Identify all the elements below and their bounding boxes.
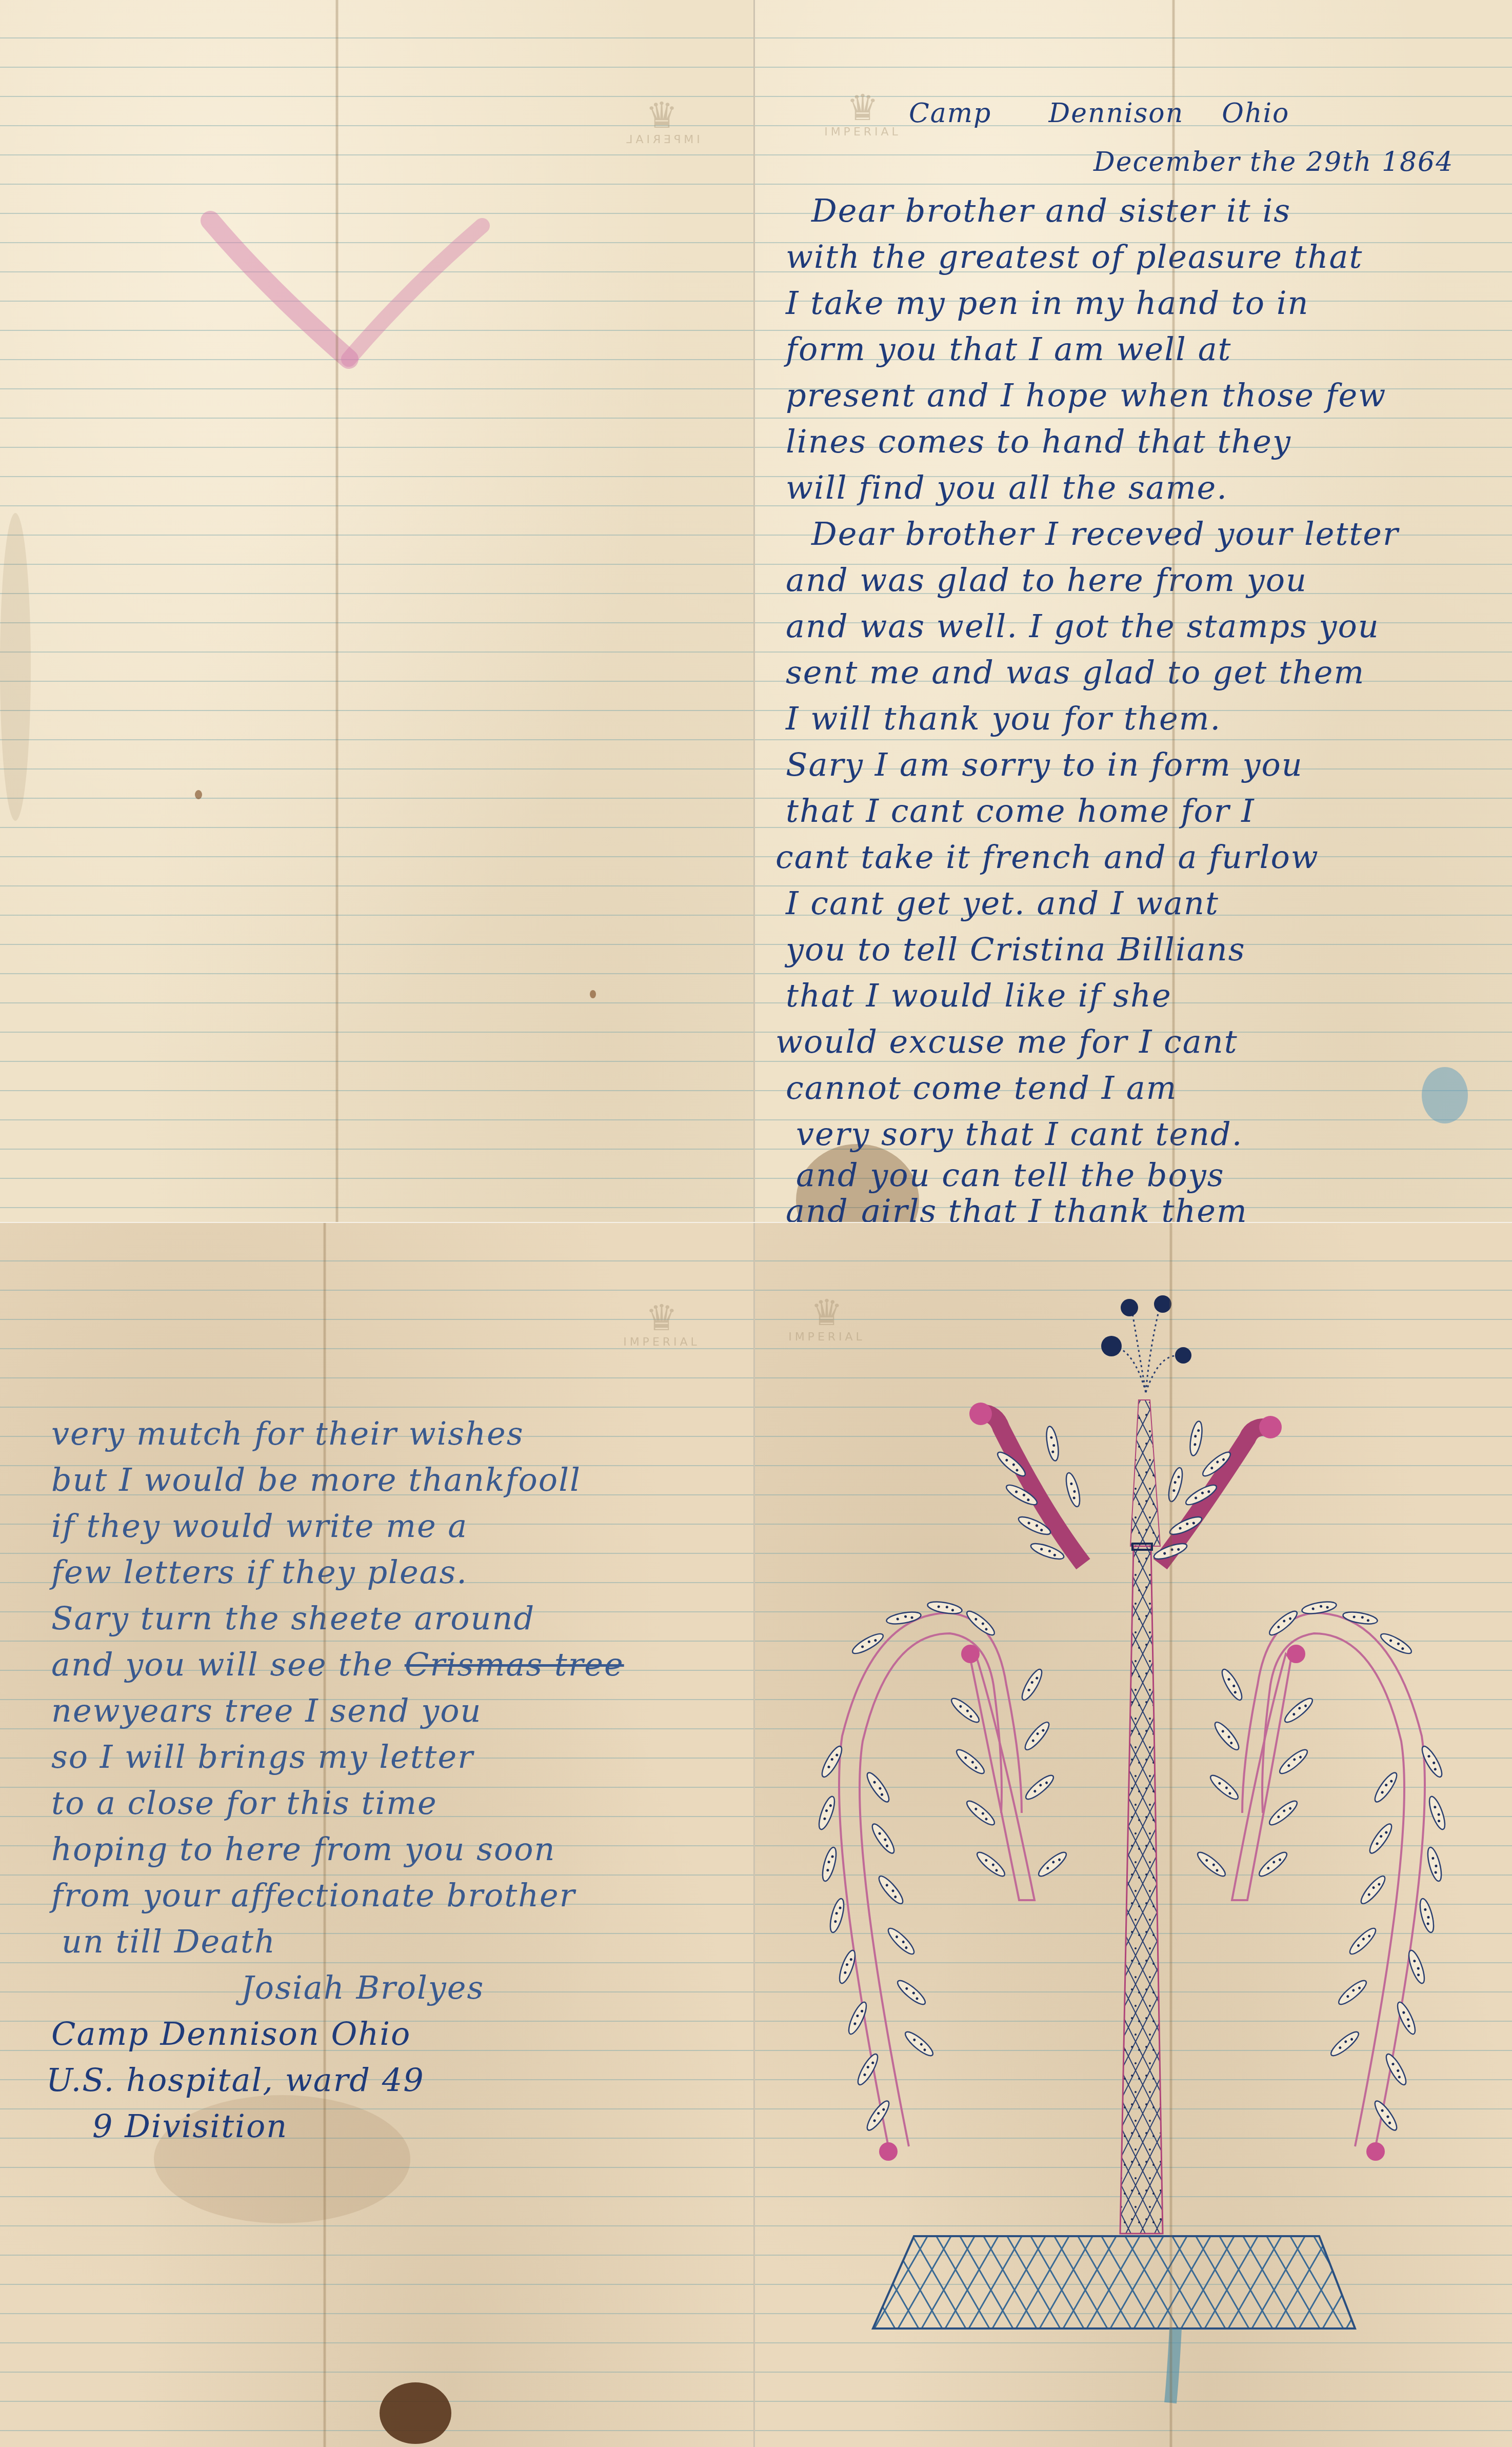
blank-back-page: ♛ IMPERIAL bbox=[0, 0, 754, 1223]
imperial-watermark: ♛ IMPERIAL bbox=[605, 1300, 718, 1349]
text-line: hoping to here from you soon bbox=[51, 1833, 556, 1865]
text-line: if they would write me a bbox=[51, 1510, 468, 1542]
text-line: present and I hope when those few bbox=[786, 380, 1386, 411]
text-line: Sary I am sorry to in form you bbox=[786, 749, 1303, 781]
text-line: but I would be more thankfooll bbox=[51, 1464, 581, 1496]
tree-base bbox=[873, 2236, 1355, 2328]
imperial-watermark: ♛ IMPERIAL bbox=[605, 97, 718, 146]
imperial-watermark: ♛ IMPERIAL bbox=[811, 90, 914, 139]
text-line: and was glad to here from you bbox=[786, 564, 1307, 596]
crown-icon: ♛ bbox=[605, 97, 718, 133]
heading-camp: Camp bbox=[909, 98, 991, 129]
signature-hospital: U.S. hospital, ward 49 bbox=[46, 2064, 425, 2096]
text-segment: and you will see the bbox=[51, 1646, 393, 1683]
text-line: that I cant come home for I bbox=[786, 795, 1255, 827]
text-line: sent me and was glad to get them bbox=[786, 657, 1365, 688]
page-fold bbox=[1172, 0, 1175, 1223]
page-fold bbox=[335, 0, 339, 1223]
page-fold bbox=[323, 1223, 326, 2447]
signature-camp: Camp Dennison Ohio bbox=[51, 2018, 411, 2050]
text-line: form you that I am well at bbox=[786, 333, 1232, 365]
text-line: would excuse me for I cant bbox=[775, 1026, 1238, 1058]
text-line: so I will brings my letter bbox=[51, 1741, 474, 1773]
crown-icon: ♛ bbox=[811, 90, 914, 126]
page-fold bbox=[1169, 1223, 1172, 2447]
text-line: and you can tell the boys bbox=[796, 1159, 1225, 1191]
text-line: and was well. I got the stamps you bbox=[786, 610, 1380, 642]
text-line: very mutch for their wishes bbox=[51, 1418, 524, 1450]
text-line: very sory that I cant tend. bbox=[796, 1118, 1243, 1150]
pink-v-bleed-through bbox=[0, 0, 754, 1223]
signature-name: Josiah Brolyes bbox=[241, 1972, 484, 2004]
text-line: with the greatest of pleasure that bbox=[786, 241, 1363, 273]
top-scan: ♛ IMPERIAL ♛ IMPERIAL Camp Dennison Ohio… bbox=[0, 0, 1512, 1223]
tree-trunk bbox=[1120, 1546, 1163, 2234]
text-line: to a close for this time bbox=[51, 1787, 437, 1819]
text-line: Dear brother I receved your letter bbox=[811, 518, 1399, 550]
text-line: from your affectionate brother bbox=[51, 1880, 575, 1911]
newyears-tree-drawing bbox=[755, 1223, 1512, 2447]
heading-place: Dennison bbox=[1049, 98, 1184, 129]
bottom-scan: ♛ IMPERIAL very mutch for their wishes b… bbox=[0, 1223, 1512, 2447]
text-line: un till Death bbox=[62, 1926, 276, 1958]
text-line: Dear brother and sister it is bbox=[811, 195, 1291, 227]
text-line: you to tell Cristina Billians bbox=[786, 934, 1246, 965]
letter-heading-place: Camp Dennison Ohio bbox=[909, 97, 1289, 129]
struck-word: Crismas tree bbox=[405, 1646, 624, 1683]
text-line: few letters if they pleas. bbox=[51, 1556, 468, 1588]
text-line: that I would like if she bbox=[786, 980, 1172, 1012]
letter-date: December the 29th 1864 bbox=[1093, 146, 1454, 178]
text-line: lines comes to hand that they bbox=[786, 426, 1291, 458]
text-line: I will thank you for them. bbox=[786, 703, 1221, 735]
text-line: and you will see the Crismas tree bbox=[51, 1649, 624, 1681]
text-line: and girls that I thank them bbox=[786, 1195, 1248, 1223]
dark-stain bbox=[380, 2382, 451, 2444]
signature-division: 9 Divisition bbox=[92, 2110, 288, 2142]
letter-page-1: ♛ IMPERIAL Camp Dennison Ohio December t… bbox=[755, 0, 1512, 1223]
text-line: I cant get yet. and I want bbox=[786, 887, 1219, 919]
text-line: will find you all the same. bbox=[786, 472, 1228, 504]
text-line: I take my pen in my hand to in bbox=[786, 287, 1309, 319]
heading-state: Ohio bbox=[1222, 98, 1289, 129]
text-line: cannot come tend I am bbox=[786, 1072, 1178, 1104]
top-buds bbox=[1101, 1295, 1191, 1392]
text-line: cant take it french and a furlow bbox=[775, 841, 1319, 873]
text-line: newyears tree I send you bbox=[51, 1695, 482, 1727]
ink-blot bbox=[1422, 1067, 1468, 1123]
text-line: Sary turn the sheete around bbox=[51, 1603, 535, 1634]
letter-page-2: ♛ IMPERIAL very mutch for their wishes b… bbox=[0, 1223, 754, 2447]
drawing-page: ♛ IMPERIAL bbox=[755, 1223, 1512, 2447]
crown-icon: ♛ bbox=[605, 1300, 718, 1336]
upper-v-branches bbox=[969, 1403, 1282, 1564]
